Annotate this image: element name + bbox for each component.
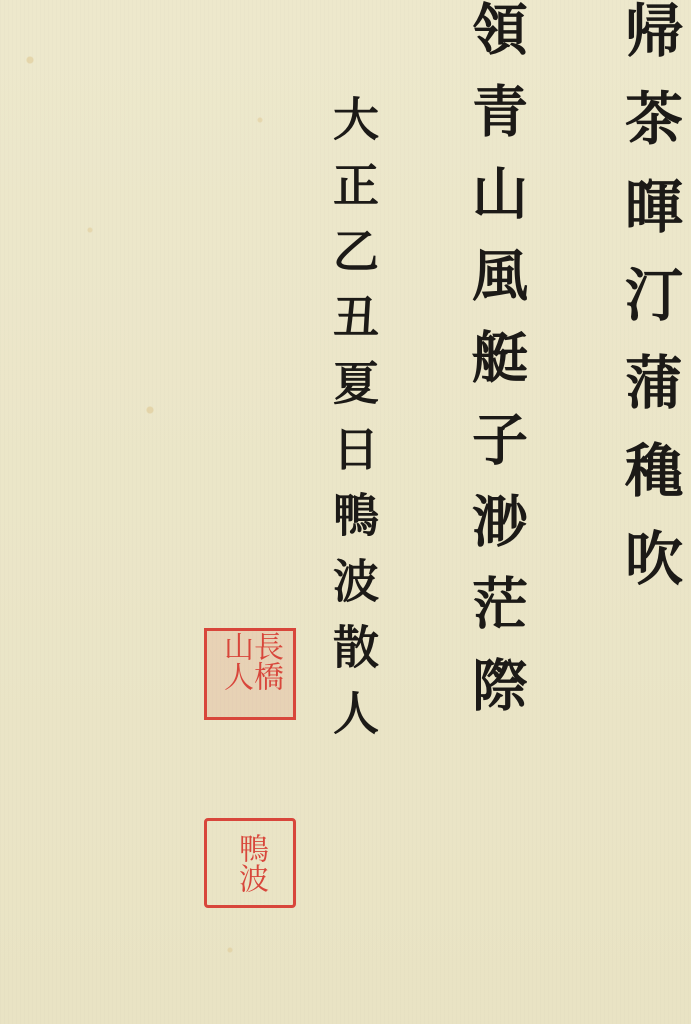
signature-column: 大正乙丑夏日鴨波散人 [330, 95, 376, 755]
calligraphy-scroll: 帰茶暉汀蒲穐吹 領青山風艇子渺茫際 大正乙丑夏日鴨波散人 長橋山人 鴨波 [0, 0, 691, 1024]
seal-lower: 鴨波 [204, 818, 296, 908]
calligraphy-column-right: 帰茶暉汀蒲穐吹 [620, 0, 678, 616]
seal-upper: 長橋山人 [204, 628, 296, 720]
calligraphy-column-middle: 領青山風艇子渺茫際 [468, 0, 524, 738]
